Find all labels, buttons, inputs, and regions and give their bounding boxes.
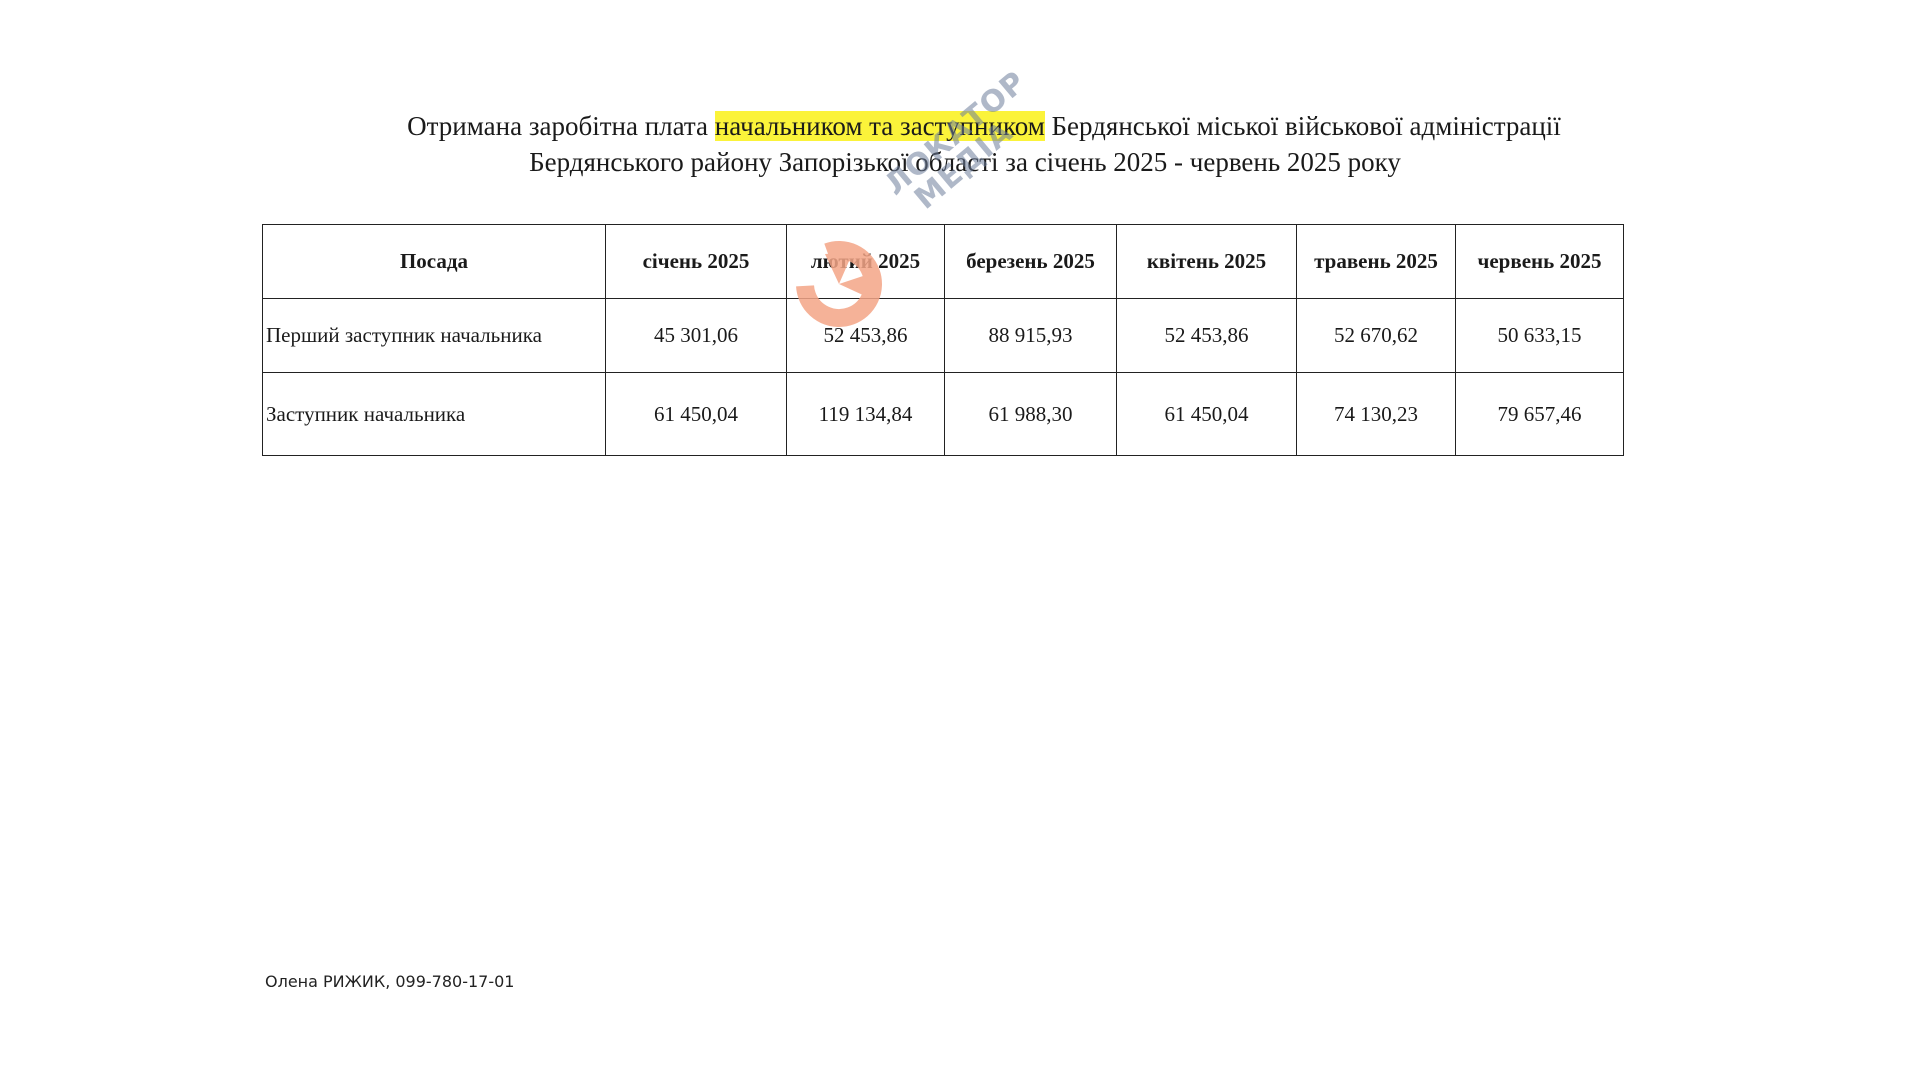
header-month: березень 2025 bbox=[945, 225, 1117, 299]
cell-position: Заступник начальника bbox=[263, 373, 606, 456]
cell-salary: 61 450,04 bbox=[1117, 373, 1297, 456]
page-title: Отримана заробітна плата начальником та … bbox=[0, 108, 1920, 180]
cell-salary: 52 453,86 bbox=[1117, 299, 1297, 373]
header-month: травень 2025 bbox=[1297, 225, 1456, 299]
cell-position: Перший заступник начальника bbox=[263, 299, 606, 373]
cell-salary: 119 134,84 bbox=[787, 373, 945, 456]
table-row: Перший заступник начальника 45 301,06 52… bbox=[263, 299, 1624, 373]
header-month: квітень 2025 bbox=[1117, 225, 1297, 299]
title-line-2: Бердянського району Запорізької області … bbox=[0, 144, 1920, 180]
header-position: Посада bbox=[263, 225, 606, 299]
contact-footer: Олена РИЖИК, 099-780-17-01 bbox=[265, 972, 514, 991]
title-line-1: Отримана заробітна плата начальником та … bbox=[0, 108, 1920, 144]
title-highlight: начальником та заступником bbox=[715, 111, 1045, 141]
header-month: червень 2025 bbox=[1456, 225, 1624, 299]
cell-salary: 61 988,30 bbox=[945, 373, 1117, 456]
cell-salary: 52 670,62 bbox=[1297, 299, 1456, 373]
title-text: Бердянської міської військової адміністр… bbox=[1045, 111, 1561, 141]
table-row: Заступник начальника 61 450,04 119 134,8… bbox=[263, 373, 1624, 456]
salary-table: Посада січень 2025 лютий 2025 березень 2… bbox=[262, 224, 1624, 456]
table-header-row: Посада січень 2025 лютий 2025 березень 2… bbox=[263, 225, 1624, 299]
cell-salary: 50 633,15 bbox=[1456, 299, 1624, 373]
header-month: січень 2025 bbox=[606, 225, 787, 299]
header-month: лютий 2025 bbox=[787, 225, 945, 299]
cell-salary: 88 915,93 bbox=[945, 299, 1117, 373]
cell-salary: 79 657,46 bbox=[1456, 373, 1624, 456]
cell-salary: 45 301,06 bbox=[606, 299, 787, 373]
cell-salary: 74 130,23 bbox=[1297, 373, 1456, 456]
cell-salary: 61 450,04 bbox=[606, 373, 787, 456]
cell-salary: 52 453,86 bbox=[787, 299, 945, 373]
title-text: Отримана заробітна плата bbox=[407, 111, 715, 141]
